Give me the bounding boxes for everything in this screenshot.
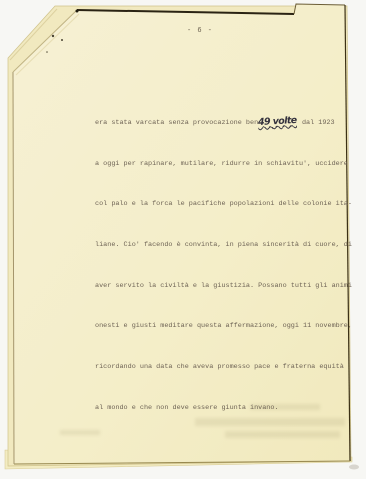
edge-speck — [76, 10, 79, 13]
typed-line: a oggi per rapinare, mutilare, ridurre i… — [95, 158, 355, 172]
page-number: - 6 - — [170, 27, 230, 35]
staple-speck — [52, 35, 54, 37]
typed-line: col palo e la forca le pacifiche popolaz… — [95, 198, 355, 212]
typed-line: era stata varcata senza provocazione ben… — [95, 117, 355, 131]
typed-line-fragment: era stata varcata senza provocazione ben — [95, 119, 258, 127]
handwritten-annotation: 49 volte — [258, 121, 297, 123]
typed-line-fragment: dal 1923 — [298, 119, 335, 127]
typed-line: al mondo e che non deve essere giunta in… — [95, 402, 355, 416]
staple-speck — [46, 51, 48, 53]
corner-smudge — [349, 465, 359, 470]
typed-line: onesti e giusti meditare questa affermaz… — [95, 320, 355, 334]
scanned-page: - 6 - era stata varcata senza provocazio… — [0, 0, 366, 479]
typed-line: liane. Cio' facendo è convinta, in piena… — [95, 239, 355, 253]
typed-line: ricordando una data che aveva promesso p… — [95, 361, 355, 375]
staple-speck — [61, 39, 63, 41]
typed-line: aver servito la civiltà e la giustizia. … — [95, 280, 355, 294]
typed-text-block: era stata varcata senza provocazione ben… — [95, 90, 355, 442]
